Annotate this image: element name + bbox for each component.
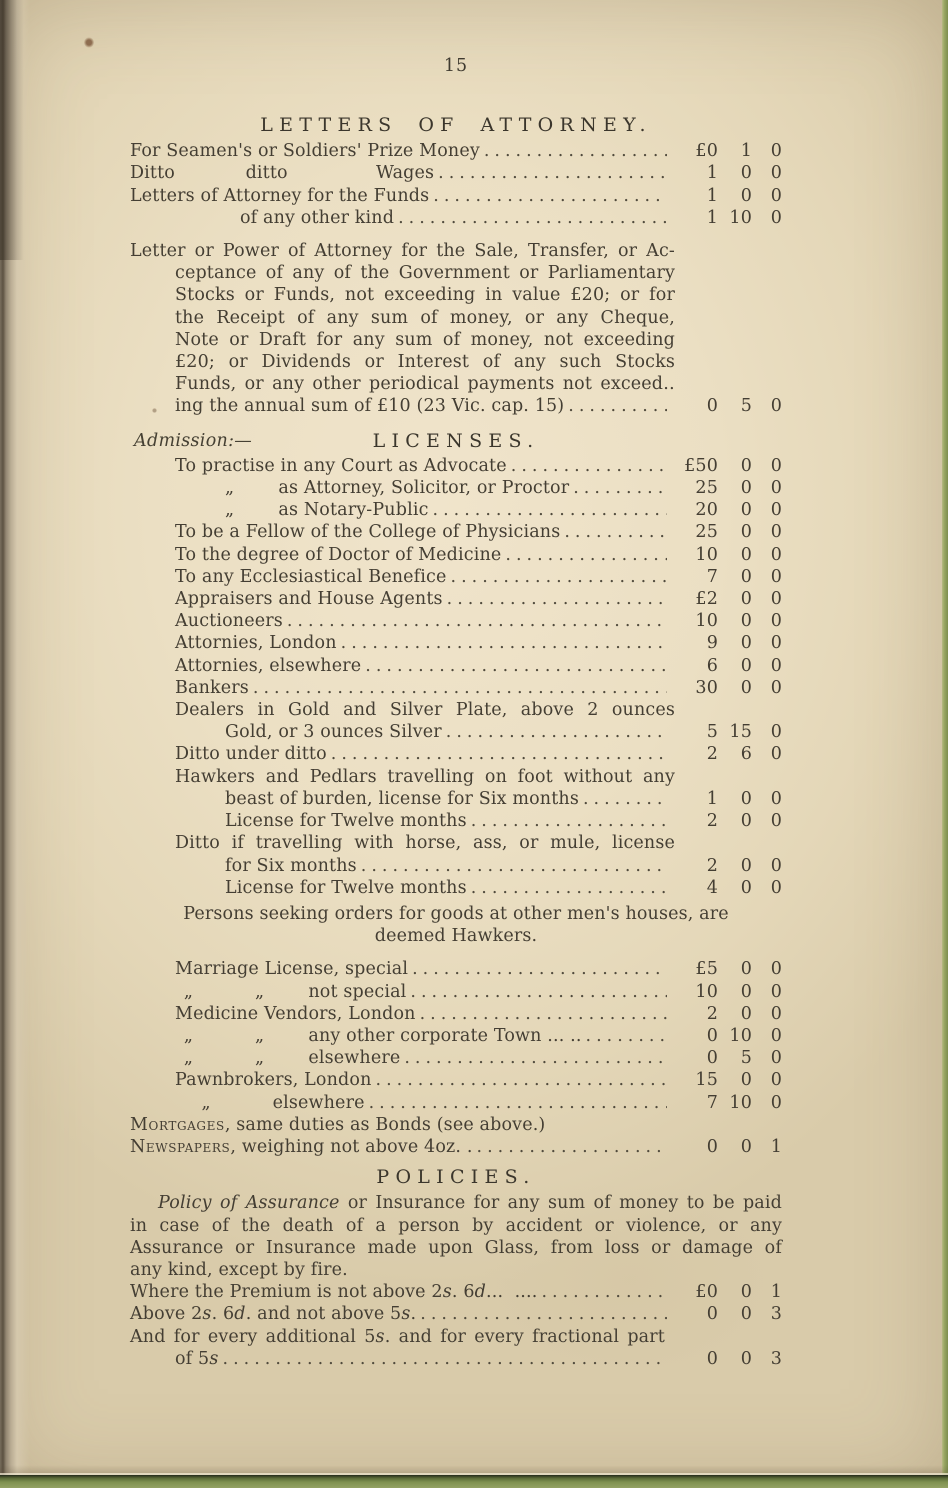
tariff-row: Pawnbrokers, London.....................… [130,1069,782,1091]
tariff-row: ing the annual sum of £10 (23 Vic. cap. … [130,395,782,417]
amount-pounds: 6 [672,655,718,677]
dot-leader: ........................................… [433,499,667,521]
paper-speck [84,37,94,48]
tariff-row: for Six months..........................… [130,855,782,877]
note-line: Persons seeking orders for goods at othe… [130,903,782,925]
tariff-row: For Seamen's or Soldiers' Prize Money...… [130,140,782,162]
tariff-text-line: And for every additional 5s. and for eve… [130,1326,782,1348]
section-title: LICENSES. [373,430,540,452]
amount-shillings: 0 [718,588,752,610]
tariff-row: To be a Fellow of the College of Physici… [130,521,782,543]
amount-pence: 0 [752,958,782,980]
row-label: Appraisers and House Agents [175,588,443,610]
section-letters-of-attorney: LETTERS OF ATTORNEY.For Seamen's or Sold… [130,114,782,418]
amount-pence: 0 [752,981,782,1003]
row-label: Marriage License, special [175,958,408,980]
dot-leader: ........................................… [410,981,667,1003]
tariff-row: beast of burden, license for Six months.… [130,788,782,810]
dot-leader: ........................................… [438,162,667,184]
amount-pence: 1 [752,1281,782,1303]
row-label: Pawnbrokers, London [175,1069,372,1091]
row-label: of 5s [175,1348,219,1370]
amount-pence: 0 [752,743,782,765]
amount-pence: 0 [752,499,782,521]
amount-pounds: 0 [672,1348,718,1370]
tariff-row: Ditto under ditto.......................… [130,743,782,765]
amount-pounds: 1 [672,207,718,229]
amount-shillings: 10 [718,207,752,229]
dot-leader: ........................................… [451,566,668,588]
dot-leader: ........................................… [511,455,667,477]
amount-shillings: 0 [718,1069,752,1091]
dot-leader: ........................................… [446,721,667,743]
amount-pence: 3 [752,1348,782,1370]
amount-shillings: 0 [718,788,752,810]
amount-pounds: 0 [672,1047,718,1069]
amount-shillings: 6 [718,743,752,765]
dot-leader: ........................................… [568,395,667,417]
tariff-text-line: Dealers in Gold and Silver Plate, above … [130,699,675,721]
amount-shillings: 5 [718,1047,752,1069]
dot-leader: ........................................… [361,855,667,877]
tariff-row: To any Ecclesiastical Benefice..........… [130,566,782,588]
amount-pounds: 7 [672,1092,718,1114]
amount-shillings: 0 [718,632,752,654]
amount-pence: 0 [752,395,782,417]
vertical-spacer [130,229,782,240]
section-title: POLICIES. [376,1166,535,1188]
amount-pounds: 1 [672,162,718,184]
amount-shillings: 0 [718,1348,752,1370]
row-label: „ as Attorney, Solicitor, or Proctor [225,477,569,499]
amount-shillings: 0 [718,499,752,521]
row-label: Medicine Vendors, London [175,1003,416,1025]
dot-leader: ........................................… [583,788,667,810]
tariff-text-line: Mortgages, same duties as Bonds (see abo… [130,1114,675,1136]
tariff-row: Attornies, London.......................… [130,632,782,654]
page-binding-shadow-top [0,0,34,260]
dot-leader: ........................................… [398,207,667,229]
tariff-row: Above 2s. 6d. and not above 5s..........… [130,1303,782,1325]
amount-shillings: 15 [718,721,752,743]
tariff-row: „ as Attorney, Solicitor, or Proctor....… [130,477,782,499]
tariff-row: Auctioneers.............................… [130,610,782,632]
amount-shillings: 0 [718,810,752,832]
amount-pence: 0 [752,477,782,499]
amount-pounds: 2 [672,810,718,832]
section-side-label: Admission:— [134,430,252,452]
scanned-book-page: 15 LETTERS OF ATTORNEY.For Seamen's or S… [0,0,948,1488]
dot-leader: ........................................… [477,1136,667,1158]
tariff-row: of 5s...................................… [130,1348,782,1370]
amount-shillings: 0 [718,855,752,877]
dot-leader: ........................................… [341,632,667,654]
tariff-text-line: any kind, except by fire. [130,1259,782,1281]
amount-pence: 0 [752,721,782,743]
dot-leader: ........................................… [253,677,667,699]
dot-leader: ........................................… [447,588,667,610]
dot-leader: ........................................… [471,877,667,899]
row-label: License for Twelve months [225,877,467,899]
amount-pence: 0 [752,1047,782,1069]
amount-shillings: 0 [718,981,752,1003]
tariff-row: Attornies, elsewhere....................… [130,655,782,677]
dot-leader: ........................................… [420,1003,667,1025]
section-title: LETTERS OF ATTORNEY. [260,114,652,136]
row-label: To any Ecclesiastical Benefice [175,566,447,588]
amount-shillings: 10 [718,1092,752,1114]
amount-pence: 3 [752,1303,782,1325]
amount-shillings: 0 [718,455,752,477]
tariff-row: To practise in any Court as Advocate....… [130,455,782,477]
amount-pence: 0 [752,162,782,184]
section-policies: POLICIES.Policy of Assurance or Insuranc… [130,1166,782,1370]
amount-pounds: £0 [672,140,718,162]
tariff-text-line: the Receipt of any sum of money, or any … [130,307,675,329]
amount-shillings: 0 [718,1303,752,1325]
amount-pence: 0 [752,877,782,899]
amount-pence: 0 [752,855,782,877]
row-label: Ditto ditto Wages [130,162,434,184]
note-line: deemed Hawkers. [130,925,782,947]
amount-pounds: 15 [672,1069,718,1091]
row-label: Auctioneers [175,610,283,632]
dot-leader: ........................................… [564,521,667,543]
page-bottom-shadow [0,1465,948,1475]
tariff-row: „ „ elsewhere...........................… [130,1047,782,1069]
amount-pence: 0 [752,1092,782,1114]
dot-leader: ........................................… [433,185,667,207]
section-heading: POLICIES. [130,1166,782,1189]
section-licenses: Admission:—LICENSES.To practise in any C… [130,430,782,1159]
tariff-row: License for Twelve months...............… [130,877,782,899]
amount-pounds: 2 [672,855,718,877]
amount-pounds: 0 [672,1025,718,1047]
row-label: „ „ elsewhere [175,1047,400,1069]
amount-pence: 0 [752,455,782,477]
amount-pounds: 1 [672,185,718,207]
tariff-row: „ „ any other corporate Town ... .......… [130,1025,782,1047]
amount-pence: 0 [752,544,782,566]
amount-shillings: 0 [718,877,752,899]
tariff-row: To the degree of Doctor of Medicine.....… [130,544,782,566]
amount-shillings: 0 [718,1281,752,1303]
amount-pence: 0 [752,810,782,832]
amount-pence: 0 [752,632,782,654]
row-label: Letters of Attorney for the Funds [130,185,429,207]
amount-pence: 0 [752,655,782,677]
amount-pounds: 10 [672,610,718,632]
amount-pence: 0 [752,677,782,699]
amount-pence: 0 [752,1003,782,1025]
amount-shillings: 0 [718,544,752,566]
amount-pence: 0 [752,207,782,229]
amount-pounds: 2 [672,1003,718,1025]
amount-pounds: 0 [672,1303,718,1325]
amount-pence: 0 [752,1025,782,1047]
tariff-row: „ elsewhere.............................… [130,1092,782,1114]
amount-pence: 0 [752,521,782,543]
tariff-row: Where the Premium is not above 2s. 6d...… [130,1281,782,1303]
tariff-text-line: Ditto if travelling with horse, ass, or … [130,832,675,854]
dot-leader: ........................................… [404,1047,667,1069]
amount-shillings: 0 [718,655,752,677]
dot-leader: ........................................… [369,1092,667,1114]
amount-pence: 0 [752,788,782,810]
dot-leader: ........................................… [420,1303,667,1325]
amount-pounds: 7 [672,566,718,588]
amount-pence: 0 [752,140,782,162]
dot-leader: ........................................… [505,544,667,566]
row-label: „ „ not special [175,981,406,1003]
amount-pounds: 5 [672,721,718,743]
tariff-row: „ as Notary-Public......................… [130,499,782,521]
amount-pounds: 4 [672,877,718,899]
row-label: Ditto under ditto [175,743,327,765]
row-label: To practise in any Court as Advocate [175,455,507,477]
row-label: To the degree of Doctor of Medicine [175,544,501,566]
tariff-text-line: in case of the death of a person by acci… [130,1215,782,1237]
amount-pounds: 1 [672,788,718,810]
row-label: for Six months [225,855,357,877]
amount-shillings: 0 [718,521,752,543]
amount-pounds: 9 [672,632,718,654]
tariff-row: Gold, or 3 ounces Silver................… [130,721,782,743]
amount-pounds: 25 [672,477,718,499]
row-label: „ „ any other corporate Town ... .. [175,1025,582,1047]
row-label: Gold, or 3 ounces Silver [225,721,442,743]
tariff-text-line: Funds, or any other periodical payments … [130,373,675,395]
row-label: Bankers [175,677,249,699]
amount-pounds: 2 [672,743,718,765]
amount-shillings: 10 [718,1025,752,1047]
scan-border-right [942,0,948,1488]
amount-shillings: 0 [718,677,752,699]
dot-leader: ........................................… [471,810,667,832]
amount-pounds: 0 [672,395,718,417]
dot-leader: ........................................… [331,743,667,765]
amount-pounds: 10 [672,981,718,1003]
tariff-row: Marriage License, special...............… [130,958,782,980]
section-heading: Admission:—LICENSES. [130,430,782,453]
tariff-text-line: £20; or Dividends or Interest of any suc… [130,351,675,373]
amount-pounds: £0 [672,1281,718,1303]
row-label: beast of burden, license for Six months [225,788,579,810]
section-heading: LETTERS OF ATTORNEY. [130,114,782,137]
amount-shillings: 0 [718,610,752,632]
amount-pence: 0 [752,185,782,207]
amount-shillings: 0 [718,1003,752,1025]
tariff-row: Bankers.................................… [130,677,782,699]
amount-pence: 0 [752,588,782,610]
row-label: Above 2s. 6d. and not above 5s. [130,1303,416,1325]
amount-shillings: 5 [718,395,752,417]
amount-shillings: 0 [718,477,752,499]
tariff-row: „ „ not special.........................… [130,981,782,1003]
tariff-text-line: Hawkers and Pedlars travelling on foot w… [130,766,675,788]
document-body: LETTERS OF ATTORNEY.For Seamen's or Sold… [130,114,782,1370]
scan-border-bottom [0,1475,948,1488]
row-label: ing the annual sum of £10 (23 Vic. cap. … [175,395,564,417]
dot-leader: ........................................… [541,1281,667,1303]
amount-pounds: 25 [672,521,718,543]
tariff-row: License for Twelve months...............… [130,810,782,832]
dot-leader: ........................................… [573,477,667,499]
amount-pence: 0 [752,610,782,632]
row-label: „ as Notary-Public [225,499,429,521]
amount-shillings: 0 [718,162,752,184]
tariff-row: of any other kind.......................… [130,207,782,229]
dot-leader: ........................................… [223,1348,668,1370]
row-label: Attornies, London [175,632,337,654]
amount-shillings: 1 [718,140,752,162]
row-label: For Seamen's or Soldiers' Prize Money [130,140,480,162]
amount-shillings: 0 [718,185,752,207]
tariff-row: Medicine Vendors, London................… [130,1003,782,1025]
hawkers-note: Persons seeking orders for goods at othe… [130,903,782,947]
amount-shillings: 0 [718,958,752,980]
amount-pounds: 10 [672,544,718,566]
amount-pence: 0 [752,566,782,588]
tariff-row: Ditto ditto Wages.......................… [130,162,782,184]
row-label: Where the Premium is not above 2s. 6d...… [130,1281,537,1303]
amount-pence: 1 [752,1136,782,1158]
amount-pounds: £5 [672,958,718,980]
dot-leader: ........................................… [412,958,667,980]
tariff-row: Letters of Attorney for the Funds.......… [130,185,782,207]
tariff-text-line: Letter or Power of Attorney for the Sale… [130,240,675,262]
amount-shillings: 0 [718,566,752,588]
row-label: of any other kind [240,207,394,229]
dot-leader: ........................................… [376,1069,668,1091]
amount-pounds: £50 [672,455,718,477]
amount-pounds: £2 [672,588,718,610]
dot-leader: ........................................… [287,610,667,632]
tariff-row: Newspapers, weighing not above 4oz. ....… [130,1136,782,1158]
dot-leader: ........................................… [484,140,667,162]
amount-pounds: 0 [672,1136,718,1158]
tariff-row: Appraisers and House Agents.............… [130,588,782,610]
row-label: „ elsewhere [175,1092,365,1114]
amount-pence: 0 [752,1069,782,1091]
dot-leader: ........................................… [365,655,667,677]
page-number: 15 [0,56,912,76]
tariff-text-line: Policy of Assurance or Insurance for any… [130,1192,782,1214]
row-label: Newspapers, weighing not above 4oz. . [130,1136,473,1158]
row-label: Attornies, elsewhere [175,655,361,677]
row-label: To be a Fellow of the College of Physici… [175,521,560,543]
amount-shillings: 0 [718,1136,752,1158]
dot-leader: ........................................… [586,1025,667,1047]
amount-pounds: 30 [672,677,718,699]
row-label: License for Twelve months [225,810,467,832]
amount-pounds: 20 [672,499,718,521]
tariff-text-line: Note or Draft for any sum of money, not … [130,329,675,351]
tariff-text-line: Stocks or Funds, not exceeding in value … [130,284,675,306]
tariff-text-line: Assurance or Insurance made upon Glass, … [130,1237,782,1259]
tariff-text-line: ceptance of any of the Government or Par… [130,262,675,284]
